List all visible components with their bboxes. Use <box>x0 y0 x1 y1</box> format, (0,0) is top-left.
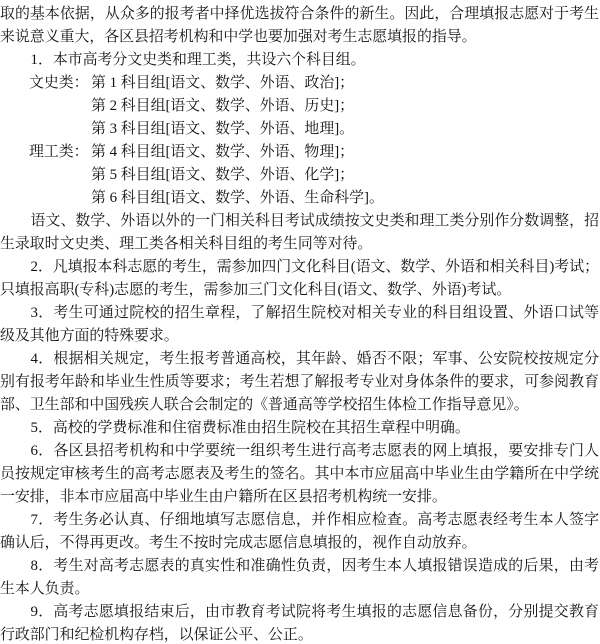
subject-group-row: 文史类：第 1 科目组[语文、数学、外语、政治]； <box>0 72 599 95</box>
subject-group-row: 第 5 科目组[语文、数学、外语、化学]； <box>0 164 599 187</box>
paragraph-item-7: 7．考生务必认真、仔细地填写志愿信息，并作相应检查。高考志愿表经考生本人签字确认… <box>0 509 599 555</box>
group-category-label: 文史类： <box>29 72 91 95</box>
paragraph-item-2: 2．凡填报本科志愿的考生，需参加四门文化科目(语文、数学、外语和相关科目)考试；… <box>0 256 599 302</box>
paragraph-item-9: 9．高考志愿填报结束后，由市教育考试院将考生填报的志愿信息备份，分别提交教育行政… <box>0 601 599 644</box>
subject-group-row: 第 2 科目组[语文、数学、外语、历史]； <box>0 95 599 118</box>
group-text: 第 1 科目组[语文、数学、外语、政治]； <box>91 75 354 91</box>
subject-group-row: 理工类：第 4 科目组[语文、数学、外语、物理]； <box>0 141 599 164</box>
subject-groups-block: 文史类：第 1 科目组[语文、数学、外语、政治]； 第 2 科目组[语文、数学、… <box>0 72 599 210</box>
subject-group-row: 第 6 科目组[语文、数学、外语、生命科学]。 <box>0 187 599 210</box>
paragraph-item-8: 8．考生对高考志愿表的真实性和准确性负责，因考生本人填报错误造成的后果，由考生本… <box>0 555 599 601</box>
group-category-label: 理工类： <box>29 141 91 164</box>
paragraph-item-6: 6．各区县招考机构和中学要统一组织考生进行高考志愿表的网上填报，要安排专门人员按… <box>0 440 599 509</box>
paragraph-item-4: 4．根据相关规定，考生报考普通高校，其年龄、婚否不限；军事、公安院校按规定分别有… <box>0 348 599 417</box>
subject-group-row: 第 3 科目组[语文、数学、外语、地理]。 <box>0 118 599 141</box>
document-page: 取的基本依据，从众多的报考者中择优选拔符合条件的新生。因此，合理填报志愿对于考生… <box>0 0 600 644</box>
paragraph-continuation: 取的基本依据，从众多的报考者中择优选拔符合条件的新生。因此，合理填报志愿对于考生… <box>0 3 599 49</box>
group-text: 第 4 科目组[语文、数学、外语、物理]； <box>91 144 354 160</box>
paragraph-item-3: 3．考生可通过院校的招生章程，了解招生院校对相关专业的科目组设置、外语口试等级及… <box>0 302 599 348</box>
group-text: 第 6 科目组[语文、数学、外语、生命科学]。 <box>91 190 384 206</box>
group-text: 第 2 科目组[语文、数学、外语、历史]； <box>91 98 354 114</box>
paragraph-item-5: 5．高校的学费标准和住宿费标准由招生院校在其招生章程中明确。 <box>0 417 599 440</box>
paragraph-item-1: 1．本市高考分文史类和理工类，共设六个科目组。 <box>0 49 599 72</box>
paragraph-score-adjustment: 语文、数学、外语以外的一门相关科目考试成绩按文史类和理工类分别作分数调整，招生录… <box>0 210 599 256</box>
group-text: 第 5 科目组[语文、数学、外语、化学]； <box>91 167 354 183</box>
group-text: 第 3 科目组[语文、数学、外语、地理]。 <box>91 121 354 137</box>
